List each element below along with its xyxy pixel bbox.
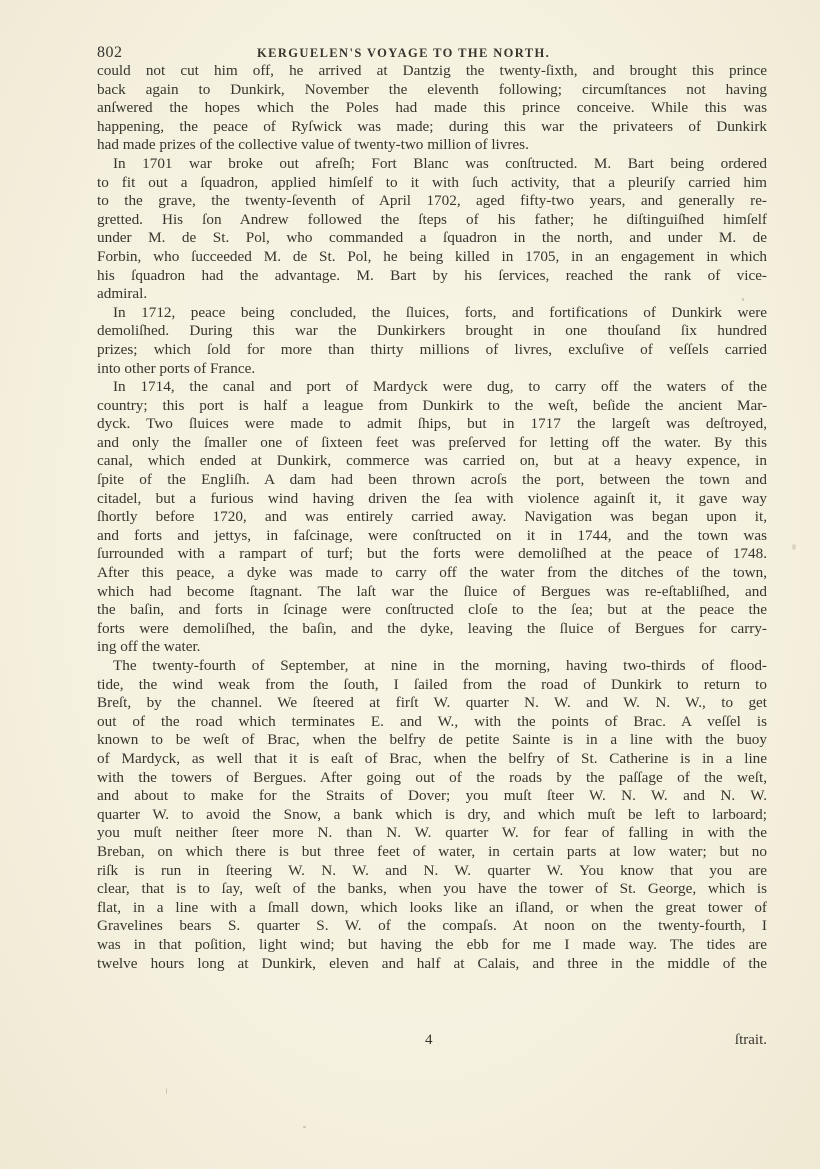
text-line: The twenty-fourth of September, at nine … <box>97 657 767 676</box>
text-line: citadel, but a furious wind having drive… <box>97 490 767 509</box>
text-line: riſk is run in ſteering W. N. W. and N. … <box>97 862 767 881</box>
body-text: could not cut him off, he arrived at Dan… <box>97 62 767 973</box>
text-line: country; this port is half a league from… <box>97 397 767 416</box>
text-line: back again to Dunkirk, November the elev… <box>97 81 767 100</box>
text-line: and forts and jettys, in faſcinage, were… <box>97 527 767 546</box>
text-line: to the grave, the twenty-ſeventh of Apri… <box>97 192 767 211</box>
text-line: with the towers of Bergues. After going … <box>97 769 767 788</box>
text-line: Breban, on which there is but three feet… <box>97 843 767 862</box>
text-line: quarter W. to avoid the Snow, a bank whi… <box>97 806 767 825</box>
catchword: ſtrait. <box>735 1032 767 1049</box>
text-line: In 1714, the canal and port of Mardyck w… <box>97 378 767 397</box>
page-number: 802 <box>97 44 123 62</box>
text-line: tide, the wind weak from the ſouth, I ſa… <box>97 676 767 695</box>
paper-speck <box>303 1126 306 1128</box>
paper-speck <box>792 544 796 550</box>
running-title: Kerguelen's Voyage to the North. <box>257 46 550 61</box>
running-head: 802 Kerguelen's Voyage to the North. <box>97 44 767 64</box>
text-line: forts were demoliſhed, the baſin, and th… <box>97 620 767 639</box>
text-line: known to be weſt of Brac, when the belfr… <box>97 731 767 750</box>
text-line: happening, the peace of Ryſwick was made… <box>97 118 767 137</box>
signature-mark: 4 <box>425 1032 433 1049</box>
text-line: you muſt neither ſteer more N. than N. W… <box>97 824 767 843</box>
scanned-book-page: 802 Kerguelen's Voyage to the North. cou… <box>0 0 820 1169</box>
text-line: ſhortly before 1720, and was entirely ca… <box>97 508 767 527</box>
text-line: out of the road which terminates E. and … <box>97 713 767 732</box>
text-line: prizes; which ſold for more than thirty … <box>97 341 767 360</box>
text-line: clear, that is to ſay, weſt of the banks… <box>97 880 767 899</box>
text-line: under M. de St. Pol, who commanded a ſqu… <box>97 229 767 248</box>
text-line: could not cut him off, he arrived at Dan… <box>97 62 767 81</box>
paper-speck <box>742 298 744 301</box>
text-line: ſpite of the Engliſh. A dam had been thr… <box>97 471 767 490</box>
text-line: ſurrounded with a rampart of turf; but t… <box>97 545 767 564</box>
text-line: which had become ſtagnant. The laſt war … <box>97 583 767 602</box>
text-line: his ſquadron had the advantage. M. Bart … <box>97 267 767 286</box>
text-line: canal, which ended at Dunkirk, commerce … <box>97 452 767 471</box>
text-line: and about to make for the Straits of Dov… <box>97 787 767 806</box>
text-line: into other ports of France. <box>97 360 767 379</box>
text-line: Forbin, who ſucceeded M. de St. Pol, he … <box>97 248 767 267</box>
text-line: Gravelines bears S. quarter S. W. of the… <box>97 917 767 936</box>
text-line: demoliſhed. During this war the Dunkirke… <box>97 322 767 341</box>
text-line: dyck. Two ſluices were made to admit ſhi… <box>97 415 767 434</box>
text-line: Breſt, by the channel. We ſteered at fir… <box>97 694 767 713</box>
text-line: and only the ſmaller one of ſixteen feet… <box>97 434 767 453</box>
text-line: was in that poſition, light wind; but ha… <box>97 936 767 955</box>
text-line: twelve hours long at Dunkirk, eleven and… <box>97 955 767 974</box>
text-line: ing off the water. <box>97 638 767 657</box>
text-line: After this peace, a dyke was made to car… <box>97 564 767 583</box>
text-line: of Mardyck, as well that it is eaſt of B… <box>97 750 767 769</box>
text-line: In 1712, peace being concluded, the ſlui… <box>97 304 767 323</box>
text-line: to fit out a ſquadron, applied himſelf t… <box>97 174 767 193</box>
text-line: had made prizes of the collective value … <box>97 136 767 155</box>
text-line: In 1701 war broke out afreſh; Fort Blanc… <box>97 155 767 174</box>
text-line: anſwered the hopes which the Poles had m… <box>97 99 767 118</box>
text-line: the baſin, and forts in ſcinage were con… <box>97 601 767 620</box>
text-line: admiral. <box>97 285 767 304</box>
text-line: flat, in a line with a ſmall down, which… <box>97 899 767 918</box>
paper-speck <box>166 1088 167 1094</box>
text-line: gretted. His ſon Andrew followed the ſte… <box>97 211 767 230</box>
page-footer: 4 ſtrait. <box>97 1032 767 1052</box>
